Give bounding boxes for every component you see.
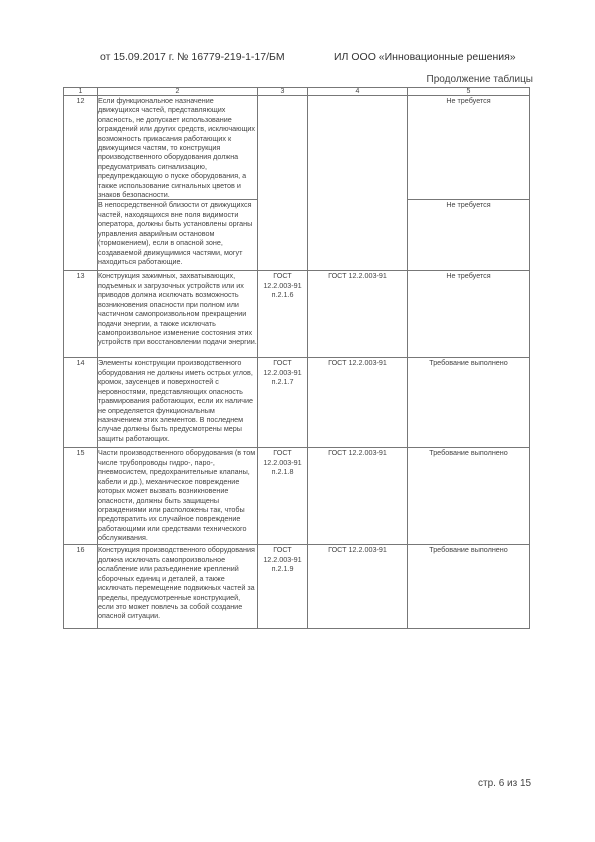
requirement-text: Элементы конструкции производственного о… bbox=[98, 358, 258, 448]
document-cell: ГОСТ 12.2.003-91 bbox=[308, 271, 408, 358]
page-number: стр. 6 из 15 bbox=[478, 778, 531, 789]
column-header: 5 bbox=[408, 88, 530, 96]
requirements-table: 1 2 3 4 5 12 Если функциональное назначе… bbox=[63, 87, 530, 629]
column-header: 3 bbox=[258, 88, 308, 96]
result-cell: Не требуется bbox=[408, 96, 530, 200]
column-header: 4 bbox=[308, 88, 408, 96]
requirement-text: Конструкция производственного оборудован… bbox=[98, 545, 258, 629]
row-number: 12 bbox=[64, 96, 98, 271]
reference-cell: ГОСТ 12.2.003-91 п.2.1.8 bbox=[258, 448, 308, 545]
column-header: 2 bbox=[98, 88, 258, 96]
table-continuation-label: Продолжение таблицы bbox=[427, 74, 533, 85]
requirement-text: Части производственного оборудования (в … bbox=[98, 448, 258, 545]
requirement-text: Если функциональное назначение движущихс… bbox=[98, 96, 258, 200]
document-cell: ГОСТ 12.2.003-91 bbox=[308, 545, 408, 629]
result-cell: Требование выполнено bbox=[408, 545, 530, 629]
protocol-date-number: от 15.09.2017 г. № 16779-219-1-17/БМ bbox=[100, 51, 285, 63]
document-cell bbox=[308, 96, 408, 271]
reference-cell bbox=[258, 96, 308, 271]
table-row: 13 Конструкция зажимных, захватывающих, … bbox=[64, 271, 530, 358]
row-number: 16 bbox=[64, 545, 98, 629]
lab-name: ИЛ ООО «Инновационные решения» bbox=[334, 51, 516, 63]
row-number: 15 bbox=[64, 448, 98, 545]
reference-cell: ГОСТ 12.2.003-91 п.2.1.7 bbox=[258, 358, 308, 448]
result-cell: Требование выполнено bbox=[408, 448, 530, 545]
table-row: 16 Конструкция производственного оборудо… bbox=[64, 545, 530, 629]
document-cell: ГОСТ 12.2.003-91 bbox=[308, 448, 408, 545]
document-cell: ГОСТ 12.2.003-91 bbox=[308, 358, 408, 448]
requirement-text: В непосредственной близости от движущихс… bbox=[98, 200, 258, 271]
result-cell: Не требуется bbox=[408, 271, 530, 358]
reference-cell: ГОСТ 12.2.003-91 п.2.1.6 bbox=[258, 271, 308, 358]
requirement-text: Конструкция зажимных, захватывающих, под… bbox=[98, 271, 258, 358]
result-cell: Не требуется bbox=[408, 200, 530, 271]
result-cell: Требование выполнено bbox=[408, 358, 530, 448]
row-number: 13 bbox=[64, 271, 98, 358]
row-number: 14 bbox=[64, 358, 98, 448]
column-header: 1 bbox=[64, 88, 98, 96]
table-row: 14 Элементы конструкции производственног… bbox=[64, 358, 530, 448]
table-row: 15 Части производственного оборудования … bbox=[64, 448, 530, 545]
table-row: 12 Если функциональное назначение движущ… bbox=[64, 96, 530, 200]
reference-cell: ГОСТ 12.2.003-91 п.2.1.9 bbox=[258, 545, 308, 629]
column-number-row: 1 2 3 4 5 bbox=[64, 88, 530, 96]
